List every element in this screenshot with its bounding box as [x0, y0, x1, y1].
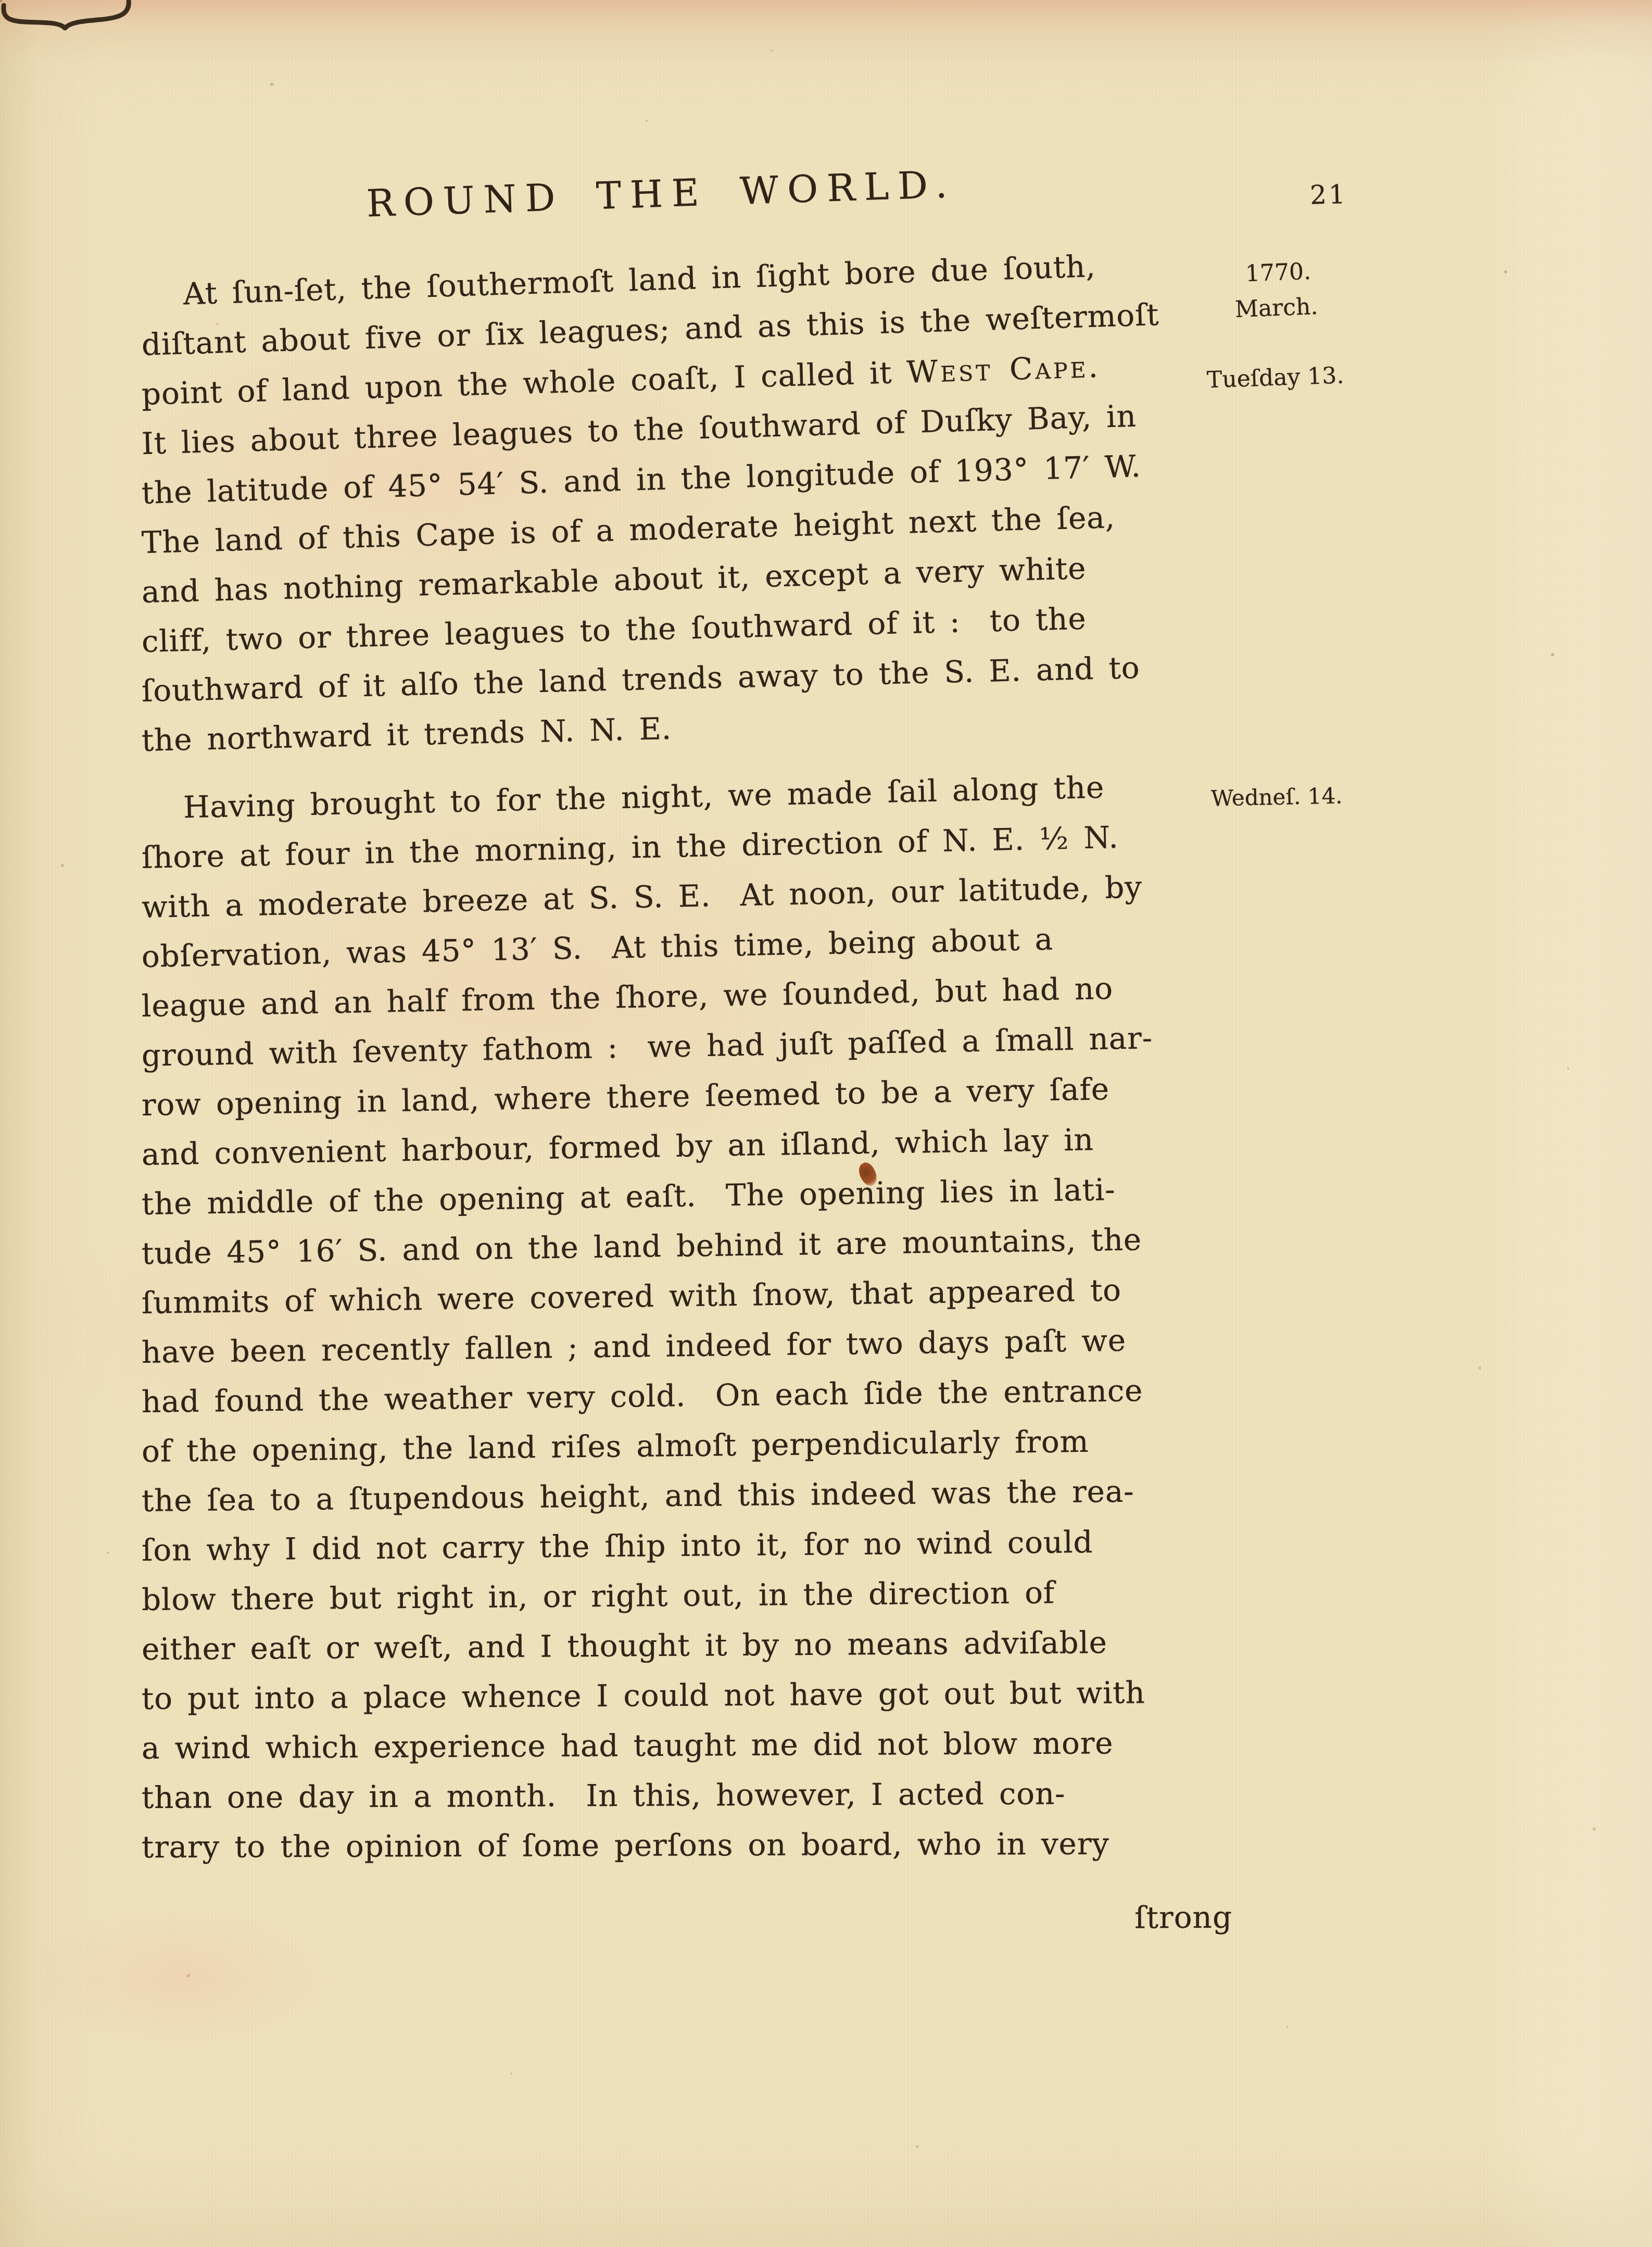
- body-text: At ſun-ſet, the ſouthermoſt land in ſigh…: [142, 271, 1188, 1938]
- margin-note-year: 1770.: [1245, 258, 1311, 287]
- text-line: to put into a place whence I could not h…: [142, 1668, 1189, 1724]
- text-line: of the opening, the land riſes almoſt pe…: [142, 1416, 1189, 1476]
- text-line: blow there but right in, or right out, i…: [142, 1567, 1189, 1625]
- paragraph-2: Having brought to for the night, we made…: [142, 784, 1188, 1872]
- place-name-small-caps: West Cape.: [906, 349, 1101, 390]
- running-title: ROUND THE WORLD.: [130, 154, 1193, 233]
- paragraph-1: At ſun-ſet, the ſouthermoſt land in ſigh…: [142, 271, 1188, 765]
- text-line: than one day in a month. In this, howeve…: [142, 1768, 1188, 1823]
- text-line: a wind which experience had taught me di…: [142, 1718, 1188, 1773]
- text-line: either eaſt or weſt, and I thought it by…: [142, 1617, 1189, 1674]
- text-line: trary to the opinion of ſome perſons on …: [142, 1819, 1188, 1872]
- margin-brace-icon: [0, 0, 134, 32]
- margin-note-wednesday: Wedneſ. 14.: [1211, 783, 1343, 811]
- page-number: 21: [1309, 179, 1347, 210]
- text-line: the ſea to a ſtupendous height, and this…: [142, 1466, 1189, 1526]
- scanned-book-page: ROUND THE WORLD. 21 1770. March. Tueſday…: [0, 0, 1652, 2247]
- margin-note-month: March.: [1234, 293, 1318, 323]
- margin-note-tuesday: Tueſday 13.: [1206, 362, 1344, 393]
- paper-specks: [0, 0, 2, 2]
- catchword: ſtrong: [142, 1900, 1232, 1941]
- text-line: ſon why I did not carry the ſhip into it…: [142, 1516, 1189, 1575]
